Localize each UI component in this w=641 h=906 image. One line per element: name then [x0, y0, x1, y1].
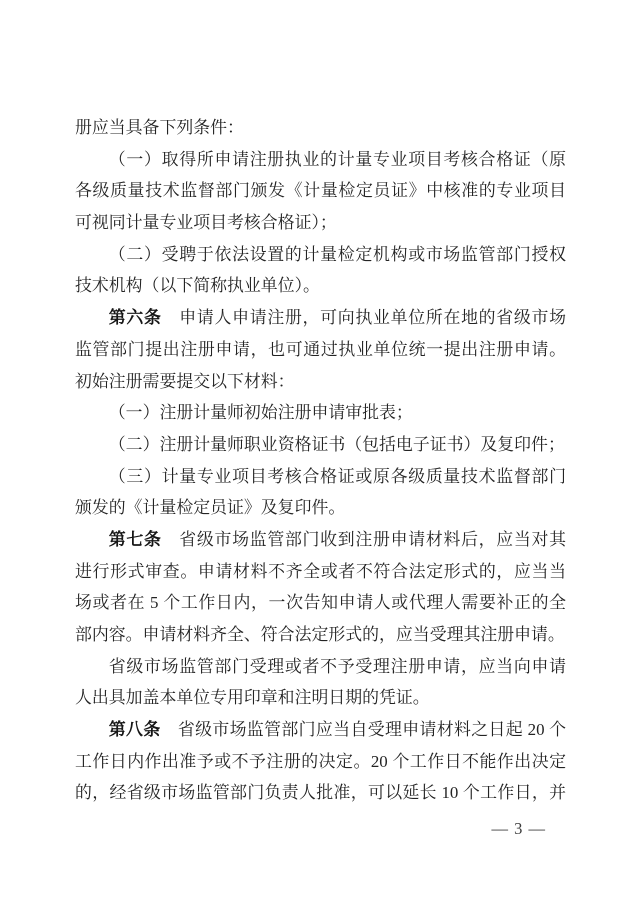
- text-line: （一）注册计量师初始注册申请审批表；: [75, 397, 566, 429]
- document-page: 册应当具备下列条件：（一）取得所申请注册执业的计量专业项目考核合格证（原各级质量…: [0, 0, 641, 906]
- text-line: 初始注册需要提交以下材料：: [75, 366, 566, 398]
- text-line: 监管部门提出注册申请，也可通过执业单位统一提出注册申请。: [75, 334, 566, 366]
- article-number: 第六条: [109, 308, 162, 327]
- text-line: （三）计量专业项目考核合格证或原各级质量技术监督部门: [75, 461, 566, 493]
- article-number: 第七条: [109, 530, 162, 549]
- article-heading-line: 第八条 省级市场监管部门应当自受理申请材料之日起 20 个: [75, 714, 566, 746]
- text-line: 人出具加盖本单位专用印章和注明日期的凭证。: [75, 682, 566, 714]
- text-line: （一）取得所申请注册执业的计量专业项目考核合格证（原: [75, 144, 566, 176]
- text-line: 省级市场监管部门受理或者不予受理注册申请，应当向申请: [75, 651, 566, 683]
- text-line: 册应当具备下列条件：: [75, 112, 566, 144]
- text-line: 各级质量技术监督部门颁发《计量检定员证》中核准的专业项目: [75, 175, 566, 207]
- page-number: — 3 —: [492, 818, 547, 840]
- text-line: 技术机构（以下简称执业单位）。: [75, 270, 566, 302]
- text-line: 可视同计量专业项目考核合格证）；: [75, 207, 566, 239]
- text-line: 的，经省级市场监管部门负责人批准，可以延长 10 个工作日，并: [75, 777, 566, 809]
- document-body: 册应当具备下列条件：（一）取得所申请注册执业的计量专业项目考核合格证（原各级质量…: [75, 112, 566, 809]
- text-line: 场或者在 5 个工作日内，一次告知申请人或代理人需要补正的全: [75, 587, 566, 619]
- article-heading-line: 第七条 省级市场监管部门收到注册申请材料后，应当对其: [75, 524, 566, 556]
- article-heading-line: 第六条 申请人申请注册，可向执业单位所在地的省级市场: [75, 302, 566, 334]
- text-line: 进行形式审查。申请材料不齐全或者不符合法定形式的，应当当: [75, 556, 566, 588]
- text-line: 工作日内作出准予或不予注册的决定。20 个工作日不能作出决定: [75, 746, 566, 778]
- article-number: 第八条: [109, 720, 161, 739]
- text-line: （二）注册计量师职业资格证书（包括电子证书）及复印件；: [75, 429, 566, 461]
- text-line: 颁发的《计量检定员证》及复印件。: [75, 492, 566, 524]
- text-line: 部内容。申请材料齐全、符合法定形式的，应当受理其注册申请。: [75, 619, 566, 651]
- text-line: （二）受聘于依法设置的计量检定机构或市场监管部门授权: [75, 239, 566, 271]
